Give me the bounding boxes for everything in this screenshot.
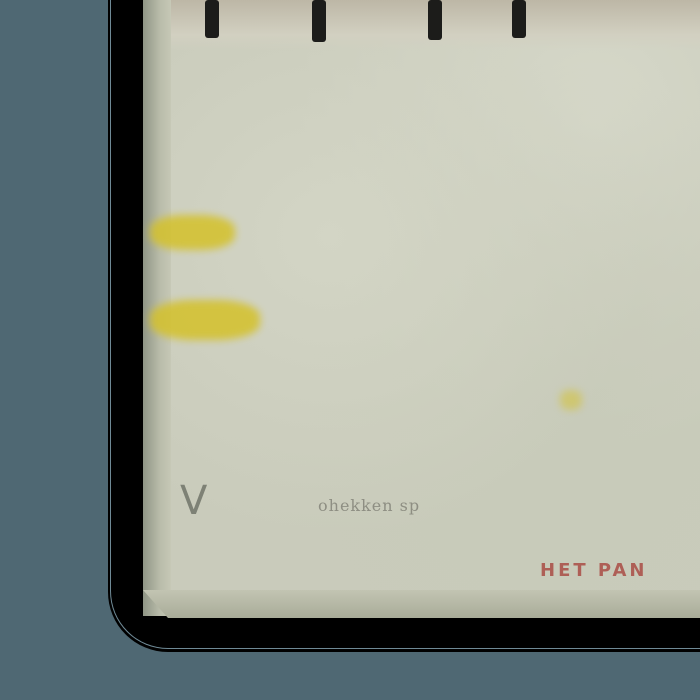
canvas-painting — [171, 0, 700, 590]
tree-trunk — [205, 0, 219, 38]
tree-trunk — [312, 0, 326, 42]
canvas-bottom-edge — [143, 590, 700, 618]
tree-trunk — [428, 0, 442, 40]
painted-text-fragment: ohekken sp — [318, 496, 420, 515]
yellow-brushstroke — [150, 300, 260, 340]
tree-trunk — [512, 0, 526, 38]
yellow-brushstroke — [150, 215, 235, 250]
red-text-fragment: HET PAN — [540, 560, 647, 581]
yellow-brushstroke — [560, 390, 582, 410]
painted-v-mark: V — [180, 478, 207, 524]
